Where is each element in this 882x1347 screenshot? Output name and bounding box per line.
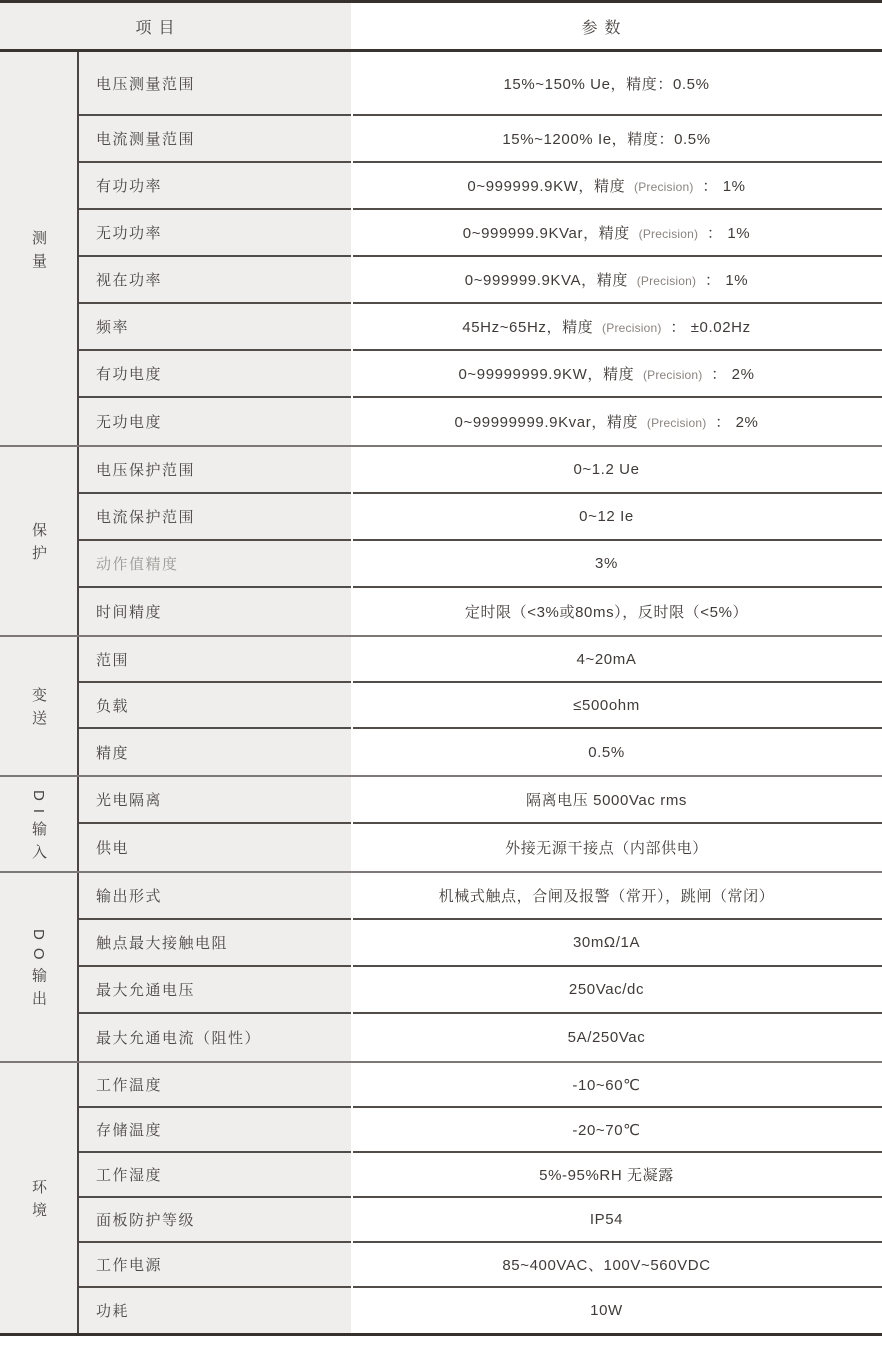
row-label-cell: 工作温度 xyxy=(79,1063,351,1108)
group-label: 变送 xyxy=(31,687,46,733)
row-label: 最大允通电流（阻性） xyxy=(96,1027,261,1048)
row-value: 15%~150% Ue，精度：0.5% xyxy=(503,73,709,94)
row-label-cell: 存储温度 xyxy=(79,1108,351,1153)
precision-note: (Precision) xyxy=(634,180,694,194)
row-value-cell: 5A/250Vac xyxy=(353,1014,882,1061)
row-label: 触点最大接触电阻 xyxy=(96,932,228,953)
row-value-cell: -20~70℃ xyxy=(353,1108,882,1153)
row-value-cell: 0~999999.9KVA，精度 (Precision) ： 1% xyxy=(353,257,882,304)
row-value: 0~999999.9KW，精度 (Precision) ： 1% xyxy=(467,175,745,196)
row-label: 有功功率 xyxy=(96,175,162,196)
row-value: ≤500ohm xyxy=(573,697,640,714)
row-value: 外接无源干接点（内部供电） xyxy=(505,837,708,858)
row-label: 电压保护范围 xyxy=(96,459,195,480)
group-section: DI输入 光电隔离 隔离电压 5000Vac rms 供电 外接无源干接点（内部… xyxy=(0,775,882,871)
table-row: 供电 外接无源干接点（内部供电） xyxy=(79,824,882,871)
row-value-cell: 85~400VAC、100V~560VDC xyxy=(353,1243,882,1288)
group-section: 测量 电压测量范围 15%~150% Ue，精度：0.5% 电流测量范围 15%… xyxy=(0,52,882,445)
table-row: 面板防护等级 IP54 xyxy=(79,1198,882,1243)
row-value-cell: ≤500ohm xyxy=(353,683,882,729)
row-label: 最大允通电压 xyxy=(96,979,195,1000)
table-row: 输出形式 机械式触点，合闸及报警（常开），跳闸（常闭） xyxy=(79,873,882,920)
row-label: 范围 xyxy=(96,649,129,670)
row-value-cell: 0~99999999.9KW，精度 (Precision) ： 2% xyxy=(353,351,882,398)
row-value: 15%~1200% Ie，精度：0.5% xyxy=(502,128,710,149)
row-value-cell: IP54 xyxy=(353,1198,882,1243)
row-value-cell: 15%~150% Ue，精度：0.5% xyxy=(353,52,882,116)
row-label-cell: 供电 xyxy=(79,824,351,871)
row-label-cell: 电压测量范围 xyxy=(79,52,351,116)
row-label-cell: 电流保护范围 xyxy=(79,494,351,541)
row-value: 5A/250Vac xyxy=(568,1029,646,1046)
row-label-cell: 电流测量范围 xyxy=(79,116,351,163)
row-label-cell: 无功电度 xyxy=(79,398,351,445)
row-label-cell: 负载 xyxy=(79,683,351,729)
table-row: 频率 45Hz~65Hz，精度 (Precision) ： ±0.02Hz xyxy=(79,304,882,351)
table-row: 工作温度 -10~60℃ xyxy=(79,1063,882,1108)
table-row: 有功功率 0~999999.9KW，精度 (Precision) ： 1% xyxy=(79,163,882,210)
row-label-cell: 最大允通电压 xyxy=(79,967,351,1014)
table-row: 工作湿度 5%-95%RH 无凝露 xyxy=(79,1153,882,1198)
row-label-cell: 最大允通电流（阻性） xyxy=(79,1014,351,1061)
group-label-cell: DI输入 xyxy=(0,777,79,871)
table-header: 项目 参数 xyxy=(0,3,882,52)
row-value: -10~60℃ xyxy=(572,1076,640,1094)
table-row: 最大允通电压 250Vac/dc xyxy=(79,967,882,1014)
row-value-cell: 0~999999.9KW，精度 (Precision) ： 1% xyxy=(353,163,882,210)
group-label: 环境 xyxy=(31,1179,46,1225)
group-section: 变送 范围 4~20mA 负载 ≤500ohm 精度 0.5% xyxy=(0,635,882,775)
group-section: 保护 电压保护范围 0~1.2 Ue 电流保护范围 0~12 Ie 动作值精度 … xyxy=(0,445,882,635)
precision-note: (Precision) xyxy=(602,321,662,335)
row-label: 供电 xyxy=(96,837,129,858)
group-label: DI输入 xyxy=(31,790,46,867)
row-value-cell: 隔离电压 5000Vac rms xyxy=(353,777,882,824)
row-value-cell: 0~1.2 Ue xyxy=(353,447,882,494)
row-label-cell: 动作值精度 xyxy=(79,541,351,588)
row-label-cell: 无功功率 xyxy=(79,210,351,257)
table-body: 测量 电压测量范围 15%~150% Ue，精度：0.5% 电流测量范围 15%… xyxy=(0,52,882,1333)
row-value: 机械式触点，合闸及报警（常开），跳闸（常闭） xyxy=(439,885,775,906)
table-row: 精度 0.5% xyxy=(79,729,882,775)
table-row: 时间精度 定时限（<3%或80ms），反时限（<5%） xyxy=(79,588,882,635)
table-row: 有功电度 0~99999999.9KW，精度 (Precision) ： 2% xyxy=(79,351,882,398)
row-label: 时间精度 xyxy=(96,601,162,622)
row-value: 定时限（<3%或80ms），反时限（<5%） xyxy=(465,601,748,622)
row-value-cell: 外接无源干接点（内部供电） xyxy=(353,824,882,871)
row-label-cell: 时间精度 xyxy=(79,588,351,635)
row-label-cell: 功耗 xyxy=(79,1288,351,1333)
row-label-cell: 光电隔离 xyxy=(79,777,351,824)
table-row: 电压保护范围 0~1.2 Ue xyxy=(79,447,882,494)
table-row: 动作值精度 3% xyxy=(79,541,882,588)
row-label: 电流保护范围 xyxy=(96,506,195,527)
table-row: 光电隔离 隔离电压 5000Vac rms xyxy=(79,777,882,824)
row-label-cell: 触点最大接触电阻 xyxy=(79,920,351,967)
row-label: 精度 xyxy=(96,742,129,763)
group-label-cell: 保护 xyxy=(0,447,79,635)
table-row: 视在功率 0~999999.9KVA，精度 (Precision) ： 1% xyxy=(79,257,882,304)
group-rows: 输出形式 机械式触点，合闸及报警（常开），跳闸（常闭） 触点最大接触电阻 30m… xyxy=(79,873,882,1061)
row-value: 45Hz~65Hz，精度 (Precision) ： ±0.02Hz xyxy=(462,316,750,337)
row-label: 工作温度 xyxy=(96,1074,162,1095)
row-label: 电压测量范围 xyxy=(96,73,195,94)
row-label: 工作电源 xyxy=(96,1254,162,1275)
table-row: 最大允通电流（阻性） 5A/250Vac xyxy=(79,1014,882,1061)
row-label: 功耗 xyxy=(96,1300,129,1321)
row-label-cell: 有功电度 xyxy=(79,351,351,398)
group-rows: 电压测量范围 15%~150% Ue，精度：0.5% 电流测量范围 15%~12… xyxy=(79,52,882,445)
row-label: 有功电度 xyxy=(96,363,162,384)
row-label: 动作值精度 xyxy=(96,553,179,574)
row-value-cell: 定时限（<3%或80ms），反时限（<5%） xyxy=(353,588,882,635)
table-row: 负载 ≤500ohm xyxy=(79,683,882,729)
row-value: 85~400VAC、100V~560VDC xyxy=(502,1254,710,1275)
row-label-cell: 电压保护范围 xyxy=(79,447,351,494)
table-row: 存储温度 -20~70℃ xyxy=(79,1108,882,1153)
row-label-cell: 面板防护等级 xyxy=(79,1198,351,1243)
row-label-cell: 频率 xyxy=(79,304,351,351)
row-value: 250Vac/dc xyxy=(569,981,644,998)
group-label: 测量 xyxy=(31,230,46,276)
row-label: 光电隔离 xyxy=(96,789,162,810)
row-value: 5%-95%RH 无凝露 xyxy=(539,1164,674,1185)
row-label: 负载 xyxy=(96,695,129,716)
row-value: 0~1.2 Ue xyxy=(573,461,639,478)
row-label: 输出形式 xyxy=(96,885,162,906)
row-value: 10W xyxy=(590,1302,623,1319)
group-rows: 光电隔离 隔离电压 5000Vac rms 供电 外接无源干接点（内部供电） xyxy=(79,777,882,871)
precision-note: (Precision) xyxy=(643,368,703,382)
table-row: 工作电源 85~400VAC、100V~560VDC xyxy=(79,1243,882,1288)
row-label: 电流测量范围 xyxy=(96,128,195,149)
row-label-cell: 输出形式 xyxy=(79,873,351,920)
row-value-cell: 45Hz~65Hz，精度 (Precision) ： ±0.02Hz xyxy=(353,304,882,351)
row-label-cell: 视在功率 xyxy=(79,257,351,304)
table-row: 电流保护范围 0~12 Ie xyxy=(79,494,882,541)
group-label-cell: 变送 xyxy=(0,637,79,775)
spec-table: 项目 参数 测量 电压测量范围 15%~150% Ue，精度：0.5% 电流测量… xyxy=(0,0,882,1336)
row-value: IP54 xyxy=(590,1211,623,1228)
row-value-cell: 0.5% xyxy=(353,729,882,775)
row-value: 0~12 Ie xyxy=(579,508,634,525)
row-value: 0~99999999.9Kvar，精度 (Precision) ： 2% xyxy=(455,411,759,432)
row-value-cell: 15%~1200% Ie，精度：0.5% xyxy=(353,116,882,163)
table-row: 无功功率 0~999999.9KVar，精度 (Precision) ： 1% xyxy=(79,210,882,257)
row-value: 0~99999999.9KW，精度 (Precision) ： 2% xyxy=(458,363,754,384)
row-value-cell: 5%-95%RH 无凝露 xyxy=(353,1153,882,1198)
table-row: 无功电度 0~99999999.9Kvar，精度 (Precision) ： 2… xyxy=(79,398,882,445)
group-rows: 工作温度 -10~60℃ 存储温度 -20~70℃ 工作湿度 5%-95%RH … xyxy=(79,1063,882,1333)
row-value-cell: 0~12 Ie xyxy=(353,494,882,541)
header-param-cell: 参数 xyxy=(353,3,882,49)
row-label: 面板防护等级 xyxy=(96,1209,195,1230)
group-label: 保护 xyxy=(31,522,46,568)
table-row: 范围 4~20mA xyxy=(79,637,882,683)
header-item-cell: 项目 xyxy=(0,3,351,49)
group-rows: 范围 4~20mA 负载 ≤500ohm 精度 0.5% xyxy=(79,637,882,775)
group-label: DO输出 xyxy=(31,929,46,1014)
group-label-cell: DO输出 xyxy=(0,873,79,1061)
precision-note: (Precision) xyxy=(639,227,699,241)
table-row: 触点最大接触电阻 30mΩ/1A xyxy=(79,920,882,967)
row-label: 视在功率 xyxy=(96,269,162,290)
row-value: 0.5% xyxy=(588,744,625,761)
row-label: 无功功率 xyxy=(96,222,162,243)
row-value-cell: 0~99999999.9Kvar，精度 (Precision) ： 2% xyxy=(353,398,882,445)
table-row: 功耗 10W xyxy=(79,1288,882,1333)
row-label-cell: 有功功率 xyxy=(79,163,351,210)
row-label: 频率 xyxy=(96,316,129,337)
group-section: 环境 工作温度 -10~60℃ 存储温度 -20~70℃ 工作湿度 5%-95%… xyxy=(0,1061,882,1333)
row-value-cell: 250Vac/dc xyxy=(353,967,882,1014)
group-section: DO输出 输出形式 机械式触点，合闸及报警（常开），跳闸（常闭） 触点最大接触电… xyxy=(0,871,882,1061)
row-value: 0~999999.9KVA，精度 (Precision) ： 1% xyxy=(465,269,749,290)
row-value-cell: 10W xyxy=(353,1288,882,1333)
row-value-cell: 3% xyxy=(353,541,882,588)
precision-note: (Precision) xyxy=(647,416,707,430)
row-value-cell: 30mΩ/1A xyxy=(353,920,882,967)
precision-note: (Precision) xyxy=(637,274,697,288)
row-label: 无功电度 xyxy=(96,411,162,432)
row-label-cell: 精度 xyxy=(79,729,351,775)
row-value-cell: -10~60℃ xyxy=(353,1063,882,1108)
row-value: 0~999999.9KVar，精度 (Precision) ： 1% xyxy=(463,222,750,243)
row-value: 30mΩ/1A xyxy=(573,934,640,951)
row-label: 工作湿度 xyxy=(96,1164,162,1185)
row-label-cell: 工作湿度 xyxy=(79,1153,351,1198)
row-value: 3% xyxy=(595,555,618,572)
row-value: 隔离电压 5000Vac rms xyxy=(526,789,687,810)
group-label-cell: 环境 xyxy=(0,1063,79,1333)
row-value: -20~70℃ xyxy=(572,1121,640,1139)
group-rows: 电压保护范围 0~1.2 Ue 电流保护范围 0~12 Ie 动作值精度 3% … xyxy=(79,447,882,635)
table-row: 电压测量范围 15%~150% Ue，精度：0.5% xyxy=(79,52,882,116)
table-row: 电流测量范围 15%~1200% Ie，精度：0.5% xyxy=(79,116,882,163)
row-label-cell: 范围 xyxy=(79,637,351,683)
row-value-cell: 0~999999.9KVar，精度 (Precision) ： 1% xyxy=(353,210,882,257)
row-label: 存储温度 xyxy=(96,1119,162,1140)
row-label-cell: 工作电源 xyxy=(79,1243,351,1288)
row-value-cell: 4~20mA xyxy=(353,637,882,683)
row-value: 4~20mA xyxy=(577,651,637,668)
group-label-cell: 测量 xyxy=(0,52,79,445)
row-value-cell: 机械式触点，合闸及报警（常开），跳闸（常闭） xyxy=(353,873,882,920)
